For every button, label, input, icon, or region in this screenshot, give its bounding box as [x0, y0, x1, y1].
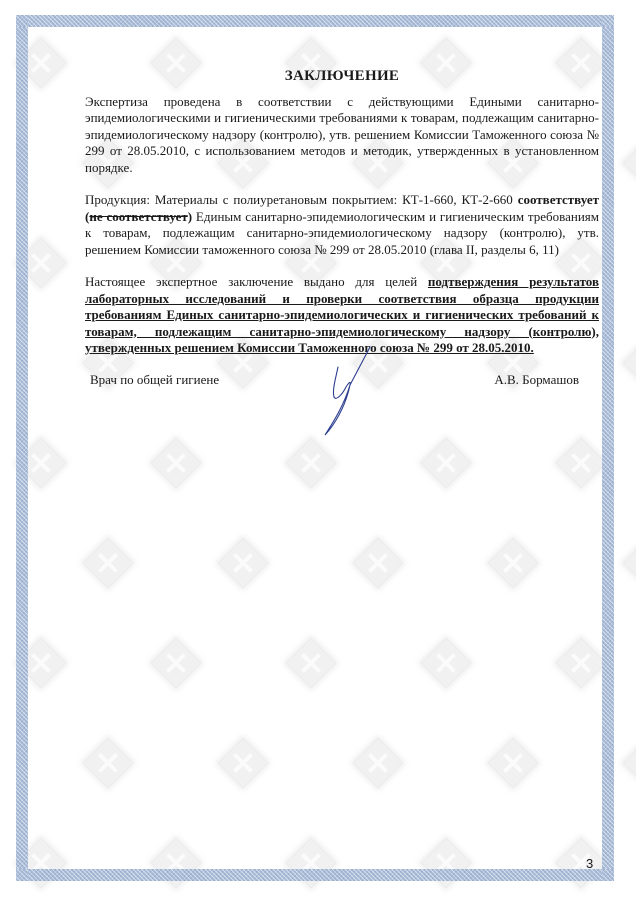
document-body: ЗАКЛЮЧЕНИЕ Экспертиза проведена в соотве…	[85, 60, 599, 357]
purpose-prefix: Настоящее экспертное заключение выдано д…	[85, 274, 428, 289]
paragraph-product: Продукция: Материалы с полиуретановым по…	[85, 192, 599, 258]
product-description: Продукция: Материалы с полиуретановым по…	[85, 192, 518, 207]
watermark-emblem-icon	[623, 138, 636, 189]
verdict-conforms: соответствует	[518, 192, 599, 207]
document-title: ЗАКЛЮЧЕНИЕ	[85, 68, 599, 85]
paragraph-expertise: Экспертиза проведена в соответствии с де…	[85, 94, 599, 177]
watermark-emblem-icon	[623, 738, 636, 789]
handwritten-signature	[300, 345, 380, 440]
signatory-position: Врач по общей гигиене	[90, 372, 219, 388]
verdict-not-conforms-struck: не соответствует	[89, 209, 187, 224]
signatory-name: А.В. Бормашов	[494, 372, 579, 388]
watermark-emblem-icon	[623, 338, 636, 389]
watermark-emblem-icon	[623, 538, 636, 589]
page-number: 3	[586, 856, 593, 871]
